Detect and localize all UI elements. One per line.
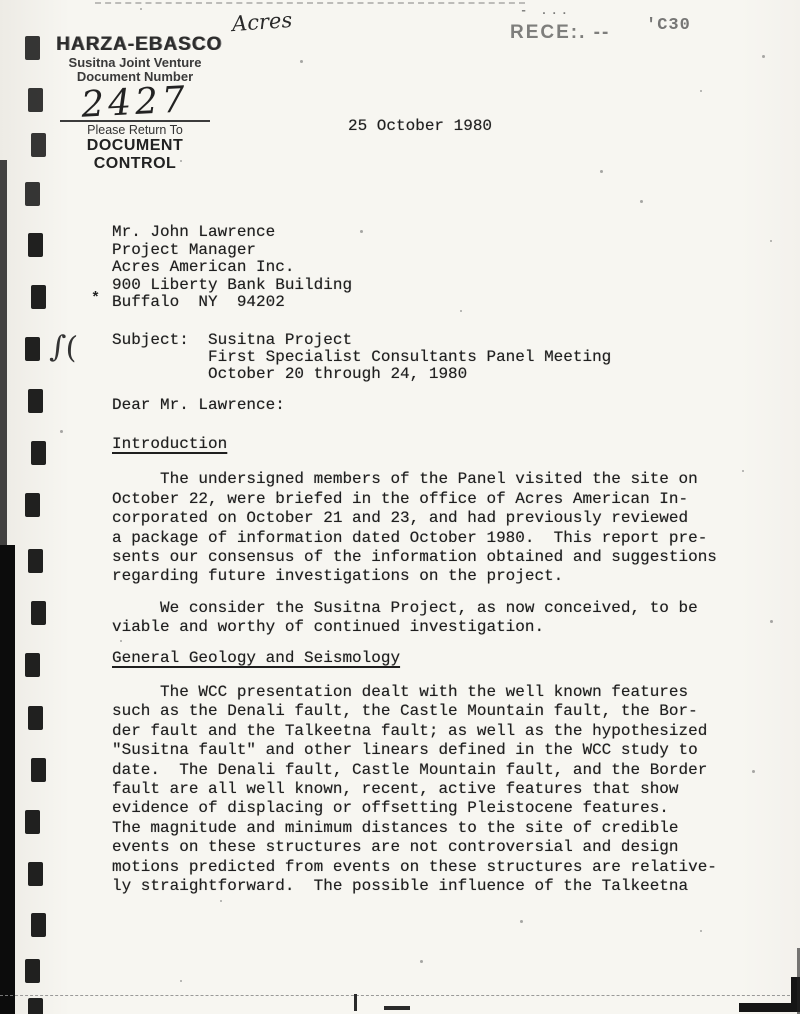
- binding-hole: [31, 913, 46, 937]
- logo-block: HARZA-EBASCO Susitna Joint Venture Docum…: [56, 34, 214, 173]
- subject-block: Subject: Susitna Project First Specialis…: [112, 332, 737, 384]
- paragraph: The WCC presentation dealt with the well…: [112, 683, 737, 896]
- paper-speck: [770, 240, 772, 242]
- text-line: corporated on October 21 and 23, and had…: [112, 509, 737, 528]
- paper-speck: [700, 930, 702, 932]
- text-line: Acres American Inc.: [112, 259, 737, 277]
- paper-speck: [180, 160, 182, 162]
- received-stamp-fragment-right: 'C30: [646, 16, 691, 35]
- binding-hole: [25, 337, 40, 361]
- text-line: regarding future investigations on the p…: [112, 567, 737, 586]
- binding-hole: [25, 810, 40, 834]
- text-line: evidence of displacing or offsetting Ple…: [112, 799, 737, 818]
- text-line: such as the Denali fault, the Castle Mou…: [112, 702, 737, 721]
- logo-subtitle: Susitna Joint Venture: [56, 56, 214, 70]
- text-line: events on these structures are not contr…: [112, 838, 737, 857]
- scan-edge-shadow-lower: [0, 545, 15, 1014]
- binding-hole: [31, 133, 46, 157]
- scanned-letter-page: HARZA-EBASCO Susitna Joint Venture Docum…: [0, 0, 800, 1014]
- binding-hole: [28, 233, 43, 257]
- text-line: viable and worthy of continued investiga…: [112, 618, 737, 637]
- received-stamp-fragment-top: - ...: [520, 4, 571, 18]
- paper-speck: [752, 770, 755, 773]
- paper-speck: [600, 170, 603, 173]
- text-line: ly straightforward. The possible influen…: [112, 877, 737, 896]
- text-line: October 22, were briefed in the office o…: [112, 490, 737, 509]
- scan-artifact-top-dashes: [95, 2, 525, 4]
- paper-speck: [640, 200, 643, 203]
- scan-edge-shadow-upper: [0, 160, 7, 545]
- paper-speck: [770, 620, 773, 623]
- text-line: Subject: Susitna Project: [112, 332, 737, 349]
- company-logo: HARZA-EBASCO: [56, 34, 214, 56]
- scan-artifact-corner: [739, 977, 800, 1012]
- binding-hole: [28, 998, 43, 1014]
- text-line: fault are all well known, recent, active…: [112, 780, 737, 799]
- letter-sections: Introduction The undersigned members of …: [112, 435, 737, 897]
- binding-hole: [25, 182, 40, 206]
- handwritten-margin-mark: ∫(: [49, 329, 79, 366]
- binding-hole: [25, 959, 40, 983]
- scan-artifact-tick: [354, 994, 357, 1011]
- letter-date: 25 October 1980: [348, 117, 492, 135]
- binding-hole: [25, 653, 40, 677]
- text-line: sents our consensus of the information o…: [112, 548, 737, 567]
- text-line: The undersigned members of the Panel vis…: [112, 470, 737, 489]
- paper-speck: [120, 640, 122, 642]
- text-line: "Susitna fault" and other linears define…: [112, 741, 737, 760]
- text-line: The magnitude and minimum distances to t…: [112, 819, 737, 838]
- scan-artifact-bottom-line: [0, 995, 800, 996]
- binding-hole: [25, 36, 40, 60]
- paper-speck: [520, 920, 523, 923]
- salutation: Dear Mr. Lawrence:: [112, 397, 737, 415]
- binding-hole: [28, 549, 43, 573]
- text-line: We consider the Susitna Project, as now …: [112, 599, 737, 618]
- paper-speck: [420, 960, 423, 963]
- paper-speck: [140, 8, 142, 10]
- paper-speck: [60, 430, 63, 433]
- binding-hole: [31, 441, 46, 465]
- scan-artifact-dash: [384, 1006, 410, 1010]
- text-line: date. The Denali fault, Castle Mountain …: [112, 761, 737, 780]
- received-stamp: RECE:. --: [510, 22, 610, 44]
- paper-speck: [180, 980, 182, 982]
- return-note: Please Return To: [56, 124, 214, 137]
- binding-hole: [25, 493, 40, 517]
- recipient-address-block: Mr. John LawrenceProject ManagerAcres Am…: [112, 224, 737, 312]
- text-line: Mr. John Lawrence: [112, 224, 737, 242]
- text-line: October 20 through 24, 1980: [112, 366, 737, 383]
- paragraph: We consider the Susitna Project, as now …: [112, 599, 737, 638]
- document-control-label: DOCUMENT CONTROL: [56, 137, 214, 173]
- binding-hole: [28, 389, 43, 413]
- section-heading: General Geology and Seismology: [112, 649, 737, 668]
- margin-asterisk-mark: *: [91, 290, 100, 307]
- section-heading: Introduction: [112, 435, 737, 454]
- text-line: 900 Liberty Bank Building: [112, 277, 737, 295]
- handwritten-document-number: 2427: [59, 82, 211, 124]
- paper-speck: [360, 230, 363, 233]
- paper-speck: [300, 60, 303, 63]
- binding-hole: [28, 706, 43, 730]
- paragraph: The undersigned members of the Panel vis…: [112, 470, 737, 586]
- binding-hole: [28, 88, 43, 112]
- text-line: der fault and the Talkeetna fault; as we…: [112, 722, 737, 741]
- paper-speck: [460, 310, 462, 312]
- paper-speck: [220, 900, 222, 902]
- text-line: The WCC presentation dealt with the well…: [112, 683, 737, 702]
- document-number-box: 2427: [60, 86, 210, 122]
- text-line: First Specialist Consultants Panel Meeti…: [112, 349, 737, 366]
- text-line: Buffalo NY 94202: [112, 294, 737, 312]
- binding-hole: [31, 285, 46, 309]
- binding-hole: [31, 601, 46, 625]
- paper-speck: [742, 470, 744, 472]
- binding-hole: [31, 758, 46, 782]
- text-line: motions predicted from events on these s…: [112, 858, 737, 877]
- paper-speck: [700, 90, 702, 92]
- text-line: Project Manager: [112, 242, 737, 260]
- handwritten-note: Acres: [231, 8, 293, 36]
- letter-body: Mr. John LawrenceProject ManagerAcres Am…: [112, 224, 737, 896]
- binding-hole: [28, 862, 43, 886]
- paper-speck: [762, 55, 765, 58]
- text-line: a package of information dated October 1…: [112, 529, 737, 548]
